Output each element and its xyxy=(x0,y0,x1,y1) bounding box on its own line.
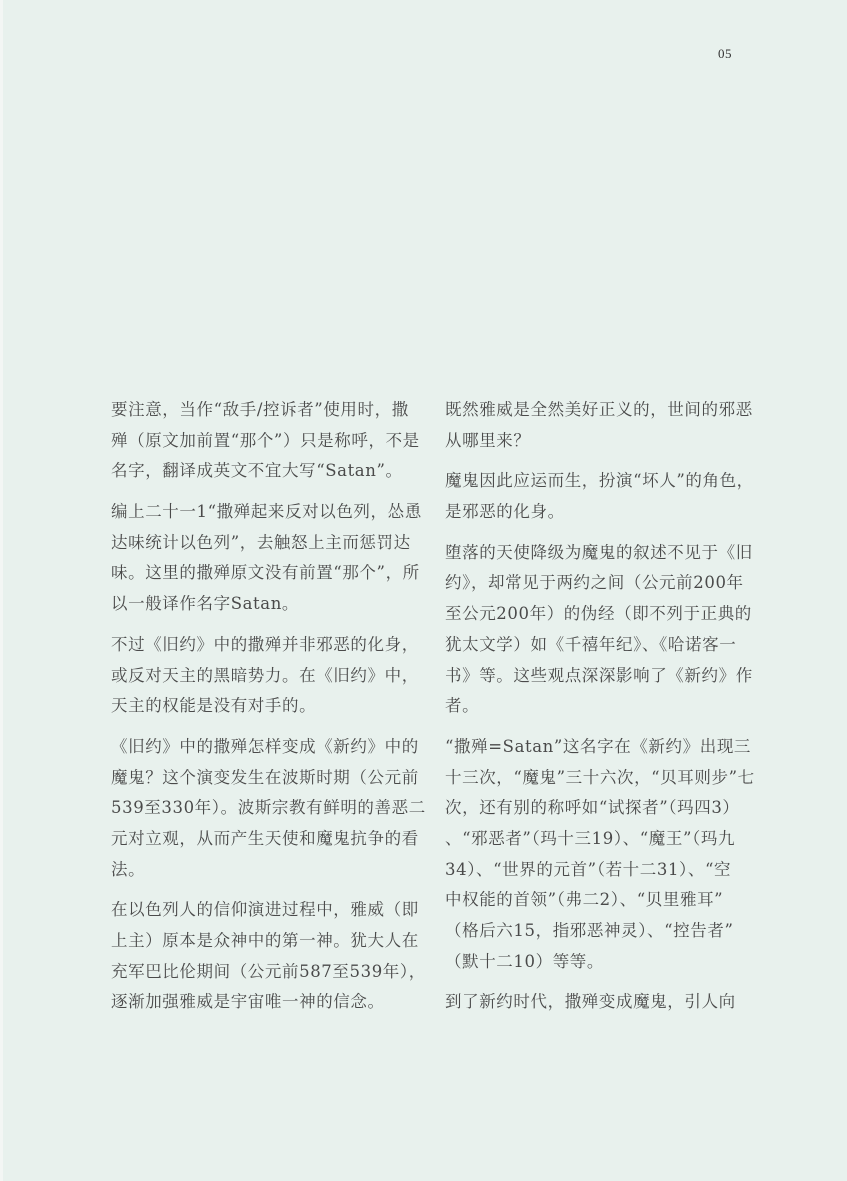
text-line: （默十二10）等等。 xyxy=(445,947,741,978)
text-line: 或反对天主的黑暗势力。在《旧约》中， xyxy=(111,661,407,692)
text-line: 中权能的首领”（弗二2）、“贝里雅耳” xyxy=(445,885,741,916)
text-line: 到了新约时代，撒殚变成魔鬼，引人向 xyxy=(445,987,741,1018)
text-line: 者。 xyxy=(445,691,741,722)
text-line: 是邪恶的化身。 xyxy=(445,497,741,528)
text-line: 539至330年）。波斯宗教有鲜明的善恶二 xyxy=(111,793,407,824)
page-left-edge xyxy=(0,0,3,1181)
right-column: 既然雅威是全然美好正义的，世间的邪恶 从哪里来？ 魔鬼因此应运而生，扮演“坏人”… xyxy=(445,395,741,1028)
text-line: 以一般译作名字Satan。 xyxy=(111,589,407,620)
text-line: 在以色列人的信仰演进过程中，雅威（即 xyxy=(111,895,407,926)
text-line: 堕落的天使降级为魔鬼的叙述不见于《旧 xyxy=(445,538,741,569)
text-line: 魔鬼？这个演变发生在波斯时期（公元前 xyxy=(111,763,407,794)
text-line: 殚（原文加前置“那个”）只是称呼，不是 xyxy=(111,426,407,457)
paragraph-new-testament-names: “撒殚=Satan”这名字在《新约》出现三 十三次，“魔鬼”三十六次，“贝耳则步… xyxy=(445,732,741,978)
text-line: 元对立观，从而产生天使和魔鬼抗争的看 xyxy=(111,824,407,855)
text-line: 法。 xyxy=(111,855,407,886)
text-line: 至公元200年）的伪经（即不列于正典的 xyxy=(445,599,741,630)
text-line: 从哪里来？ xyxy=(445,426,741,457)
text-line: 书》等。这些观点深深影响了《新约》作 xyxy=(445,661,741,692)
text-line: 魔鬼因此应运而生，扮演“坏人”的角色， xyxy=(445,466,741,497)
paragraph-origin-of-evil: 既然雅威是全然美好正义的，世间的邪恶 从哪里来？ xyxy=(445,395,741,456)
text-line: 要注意，当作“敌手/控诉者”使用时，撒 xyxy=(111,395,407,426)
text-line: 34）、“世界的元首”（若十二31）、“空 xyxy=(445,855,741,886)
text-line: 编上二十一1“撒殚起来反对以色列，怂恿 xyxy=(111,497,407,528)
paragraph-old-testament-satan: 不过《旧约》中的撒殚并非邪恶的化身， 或反对天主的黑暗势力。在《旧约》中， 天主… xyxy=(111,630,407,722)
text-line: “撒殚=Satan”这名字在《新约》出现三 xyxy=(445,732,741,763)
paragraph-yahweh-monotheism: 在以色列人的信仰演进过程中，雅威（即 上主）原本是众神中的第一神。犹大人在 充军… xyxy=(111,895,407,1018)
paragraph-devil-emerges: 魔鬼因此应运而生，扮演“坏人”的角色， 是邪恶的化身。 xyxy=(445,466,741,527)
text-line: 充军巴比伦期间（公元前587至539年）， xyxy=(111,957,407,988)
paragraph-fallen-angels: 堕落的天使降级为魔鬼的叙述不见于《旧 约》，却常见于两约之间（公元前200年 至… xyxy=(445,538,741,722)
text-line: 约》，却常见于两约之间（公元前200年 xyxy=(445,568,741,599)
text-line: 逐渐加强雅威是宇宙唯一神的信念。 xyxy=(111,987,407,1018)
left-column: 要注意，当作“敌手/控诉者”使用时，撒 殚（原文加前置“那个”）只是称呼，不是 … xyxy=(111,395,407,1028)
text-line: 既然雅威是全然美好正义的，世间的邪恶 xyxy=(445,395,741,426)
page-number: 05 xyxy=(718,46,732,62)
text-line: 天主的权能是没有对手的。 xyxy=(111,691,407,722)
paragraph-chronicles-reference: 编上二十一1“撒殚起来反对以色列，怂恿 达味统计以色列”，去触怒上主而惩罚达 味… xyxy=(111,497,407,620)
paragraph-new-testament-era: 到了新约时代，撒殚变成魔鬼，引人向 xyxy=(445,987,741,1018)
text-line: 上主）原本是众神中的第一神。犹大人在 xyxy=(111,926,407,957)
paragraph-satan-as-title: 要注意，当作“敌手/控诉者”使用时，撒 殚（原文加前置“那个”）只是称呼，不是 … xyxy=(111,395,407,487)
text-line: 味。这里的撒殚原文没有前置“那个”，所 xyxy=(111,558,407,589)
text-line: 次，还有别的称呼如“试探者”（玛四3） xyxy=(445,793,741,824)
paragraph-persian-period: 《旧约》中的撒殚怎样变成《新约》中的 魔鬼？这个演变发生在波斯时期（公元前 53… xyxy=(111,732,407,885)
text-line: （格后六15，指邪恶神灵）、“控告者” xyxy=(445,916,741,947)
text-line: 名字，翻译成英文不宜大写“Satan”。 xyxy=(111,456,407,487)
text-line: 达味统计以色列”，去触怒上主而惩罚达 xyxy=(111,528,407,559)
text-line: 、“邪恶者”（玛十三19）、“魔王”（玛九 xyxy=(445,824,741,855)
text-line: 不过《旧约》中的撒殚并非邪恶的化身， xyxy=(111,630,407,661)
text-line: 《旧约》中的撒殚怎样变成《新约》中的 xyxy=(111,732,407,763)
text-line: 十三次，“魔鬼”三十六次，“贝耳则步”七 xyxy=(445,763,741,794)
text-line: 犹太文学）如《千禧年纪》、《哈诺客一 xyxy=(445,630,741,661)
